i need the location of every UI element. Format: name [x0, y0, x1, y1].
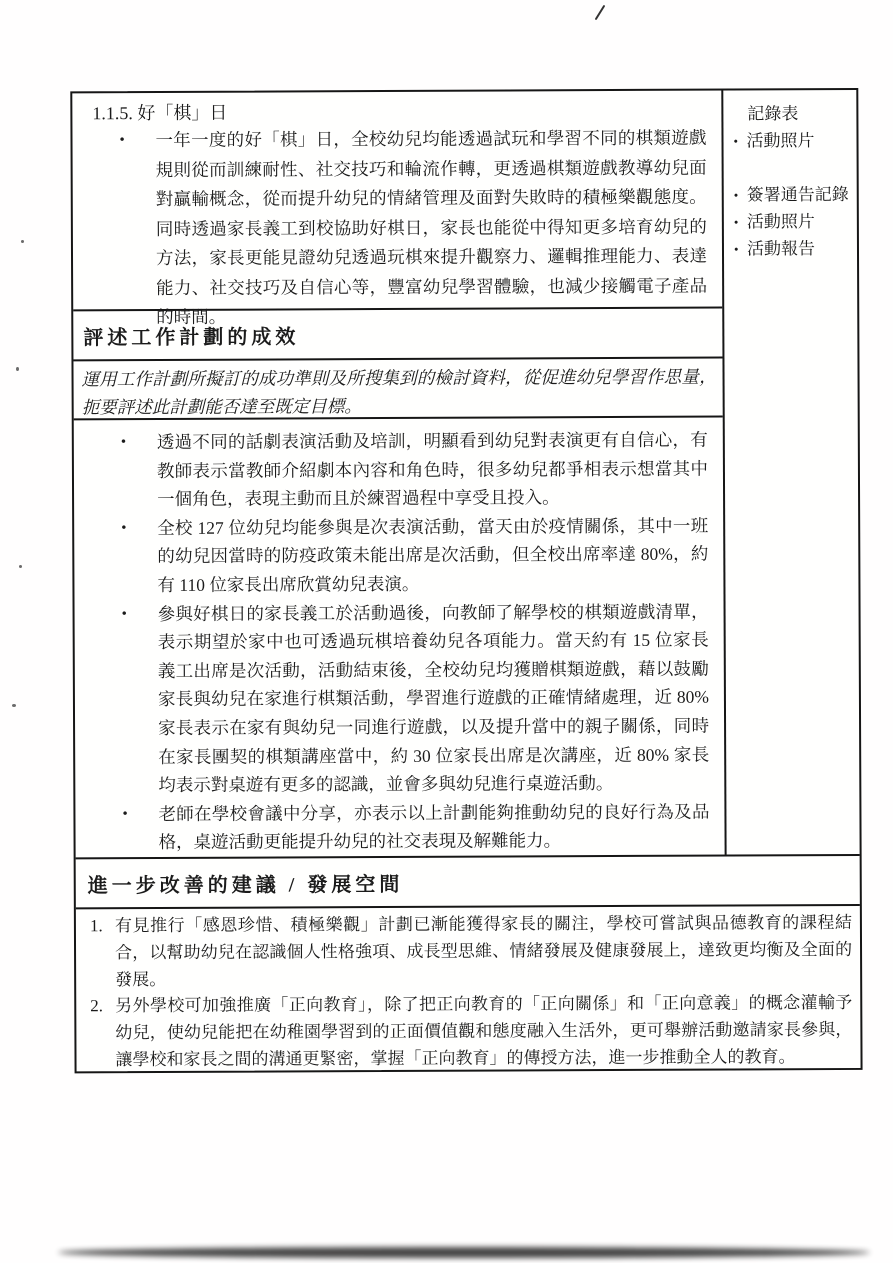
bullet-marker: • [734, 208, 739, 235]
evaluation-bullet: • 全校 127 位幼兒均能參與是次表演活動，當天由於疫情關係，其中一班的幼兒因… [74, 511, 717, 600]
evaluation-instruction: 運用工作計劃所擬訂的成功準則及所搜集到的檢討資料，從促進幼兒學習作思量，扼要評述… [81, 363, 716, 422]
record-item: • 活動照片 [733, 127, 852, 155]
bullet-marker: • [734, 235, 739, 262]
item-number: 1. [90, 913, 103, 940]
bullet-marker: • [122, 600, 127, 629]
suggestion-text: 另外學校可加強推廣「正向教育」，除了把正向教育的「正向關係」和「正向意義」的概念… [115, 993, 852, 1069]
suggestion-item: 1. 有見推行「感恩珍惜、積極樂觀」計劃已漸能獲得家長的關注，學校可嘗試與品德教… [88, 910, 852, 994]
item-number: 2. [90, 994, 103, 1021]
scan-speck [12, 704, 16, 707]
suggestion-item: 2. 另外學校可加強推廣「正向教育」，除了把正向教育的「正向關係」和「正向意義」… [88, 990, 852, 1074]
bullet-marker: • [734, 181, 739, 208]
evaluation-bullet: • 透過不同的話劇表演活動及培訓，明顯看到幼兒對表演更有自信心，有教師表示當教師… [74, 426, 717, 515]
bullet-marker: • [122, 800, 127, 829]
pen-stray-mark [595, 5, 606, 20]
section-1-1-5-cell: 1.1.5. 好「棋」日 • 一年一度的好「棋」日，全校幼兒均能透過試玩和學習不… [72, 91, 722, 312]
section-bullet-item: • 一年一度的好「棋」日，全校幼兒均能透過試玩和學習不同的棋類遊戲規則從而訓練耐… [72, 124, 716, 333]
record-item: • 簽署通告記錄 [734, 181, 853, 209]
record-item-text: 活動照片 [746, 131, 814, 150]
scanned-document-page: 1.1.5. 好「棋」日 • 一年一度的好「棋」日，全校幼兒均能透過試玩和學習不… [0, 0, 893, 1263]
report-table: 1.1.5. 好「棋」日 • 一年一度的好「棋」日，全校幼兒均能透過試玩和學習不… [70, 88, 862, 1073]
suggestions-list-cell: 1. 有見推行「感恩珍惜、積極樂觀」計劃已漸能獲得家長的關注，學校可嘗試與品德教… [76, 904, 861, 1071]
records-group-2: • 簽署通告記錄 • 活動照片 • 活動報告 [734, 181, 853, 263]
suggestions-header: 進一步改善的建議 / 發展空間 [88, 867, 404, 897]
record-item-text: 活動照片 [747, 212, 815, 231]
section-bullet-text: 一年一度的好「棋」日，全校幼兒均能透過試玩和學習不同的棋類遊戲規則從而訓練耐性、… [155, 128, 707, 327]
record-item-text: 活動報告 [747, 239, 815, 258]
evaluation-bullet-text: 透過不同的話劇表演活動及培訓，明顯看到幼兒對表演更有自信心，有教師表示當教師介紹… [157, 430, 708, 510]
main-column: 1.1.5. 好「棋」日 • 一年一度的好「棋」日，全校幼兒均能透過試玩和學習不… [72, 91, 726, 858]
section-title: 1.1.5. 好「棋」日 [72, 98, 715, 127]
evaluation-bullet: • 老師在學校會議中分享，亦表示以上計劃能夠推動幼兒的良好行為及品格，桌遊活動更… [75, 797, 718, 857]
bullet-marker: • [119, 126, 124, 156]
records-header: 記錄表 [733, 100, 852, 128]
suggestions-header-cell: 進一步改善的建議 / 發展空間 [76, 854, 860, 907]
record-item-text: 簽署通告記錄 [747, 185, 849, 204]
evaluation-bullet-text: 老師在學校會議中分享，亦表示以上計劃能夠推動幼兒的良好行為及品格，桌遊活動更能提… [158, 801, 709, 852]
scan-speck [21, 240, 24, 243]
evaluation-bullet: • 參與好棋日的家長義工於活動過後，向教師了解學校的棋類遊戲清單，表示期望於家中… [75, 597, 719, 800]
top-section: 1.1.5. 好「棋」日 • 一年一度的好「棋」日，全校幼兒均能透過試玩和學習不… [72, 90, 859, 857]
suggestion-text: 有見推行「感恩珍惜、積極樂觀」計劃已漸能獲得家長的關注，學校可嘗試與品德教育的課… [115, 913, 852, 989]
bullet-marker: • [121, 428, 126, 457]
evaluation-bullets-cell: • 透過不同的話劇表演活動及培訓，明顯看到幼兒對表演更有自信心，有教師表示當教師… [74, 418, 725, 858]
scan-speck [16, 367, 19, 371]
bullet-marker: • [121, 514, 126, 543]
record-item: • 活動報告 [734, 235, 853, 263]
bullet-marker: • [733, 127, 738, 154]
scan-speck [19, 565, 22, 568]
evaluation-bullet-text: 全校 127 位幼兒均能參與是次表演活動，當天由於疫情關係，其中一班的幼兒因當時… [157, 515, 708, 595]
record-item: • 活動照片 [734, 208, 853, 236]
records-column: 記錄表 • 活動照片 • 簽署通告記錄 • 活動照片 • [723, 90, 859, 855]
evaluation-bullet-text: 參與好棋日的家長義工於活動過後，向教師了解學校的棋類遊戲清單，表示期望於家中也可… [158, 601, 710, 795]
scan-edge-shadow [58, 1247, 870, 1258]
evaluation-instruction-cell: 運用工作計劃所擬訂的成功準則及所搜集到的檢討資料，從促進幼兒學習作思量，扼要評述… [73, 359, 722, 421]
